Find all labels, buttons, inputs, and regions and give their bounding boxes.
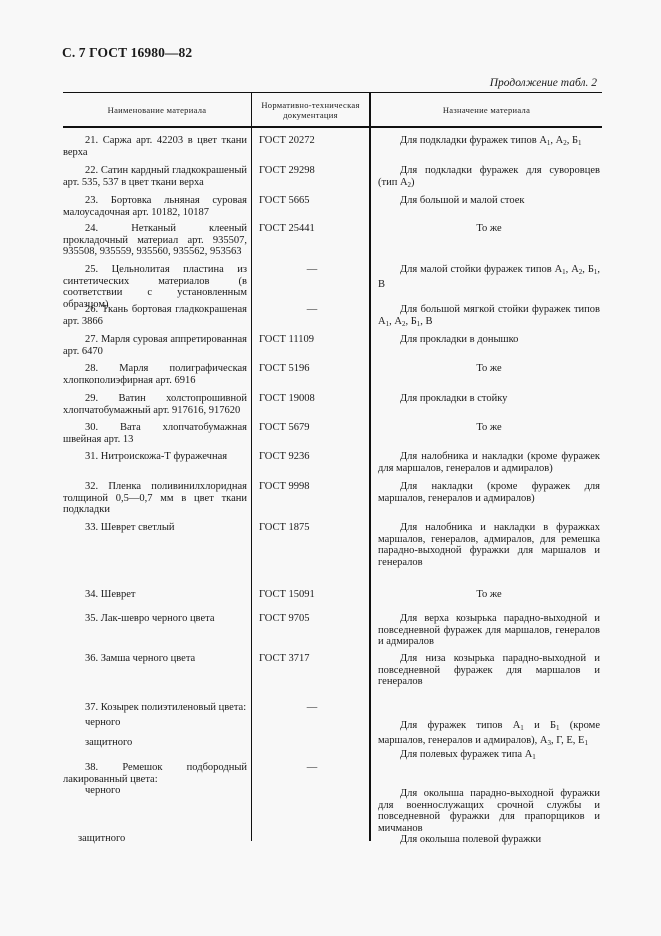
material-name: 29. Ватин холстопрошивной хлопчатобумажн…: [63, 386, 251, 415]
table-row: 30. Вата хлопчатобумажная швейная арт. 1…: [63, 415, 602, 444]
table-row: 24. Нетканый клееный прокладочный матери…: [63, 216, 602, 257]
material-name: 31. Нитроискожа-Т фуражечная: [63, 444, 251, 474]
normative-doc: ГОСТ 15091: [251, 582, 369, 606]
material-name: 22. Сатин кардный гладкокрашеный арт. 53…: [63, 158, 251, 188]
material-name: 25. Цельнолитая пластина из синтетически…: [63, 257, 251, 297]
table-body: 21. Саржа арт. 42203 в цвет ткани верха …: [63, 128, 602, 841]
table-row: 36. Замша черного цвета ГОСТ 3717 Для ни…: [63, 646, 602, 695]
normative-doc: —: [251, 257, 369, 297]
material-variant: черного: [63, 785, 247, 797]
material-purpose: Для околыша парадно-выходной фуражки для…: [369, 755, 602, 841]
material-name: 21. Саржа арт. 42203 в цвет ткани верха: [63, 128, 251, 158]
table-row: 25. Цельнолитая пластина из синтетически…: [63, 257, 602, 297]
table-row: 29. Ватин холстопрошивной хлопчатобумажн…: [63, 386, 602, 415]
material-purpose: Для накладки (кроме фуражек для маршалов…: [369, 474, 602, 515]
table-row: 34. Шеврет ГОСТ 15091 То же: [63, 582, 602, 606]
material-name: 23. Бортовка льняная суровая малоусадочн…: [63, 188, 251, 216]
table-row: 28. Марля полиграфическая хлопкополиэфир…: [63, 356, 602, 386]
material-name-label: 37. Козырек полиэтиленовый цвета:: [63, 702, 247, 714]
variant-purpose: Для околыша полевой фуражки: [378, 834, 600, 846]
material-purpose: То же: [369, 216, 602, 257]
normative-doc: ГОСТ 20272: [251, 128, 369, 158]
normative-doc: ГОСТ 25441: [251, 216, 369, 257]
material-name: 35. Лак-шевро черного цвета: [63, 606, 251, 646]
material-purpose: Для большой и малой стоек: [369, 188, 602, 216]
material-name: 34. Шеврет: [63, 582, 251, 606]
material-variant: защитного: [63, 833, 247, 845]
normative-doc: ГОСТ 3717: [251, 646, 369, 695]
material-purpose: Для прокладки в донышко: [369, 327, 602, 356]
normative-doc: ГОСТ 11109: [251, 327, 369, 356]
material-name: 30. Вата хлопчатобумажная швейная арт. 1…: [63, 415, 251, 444]
column-header-normative-doc: Нормативно-техническая документация: [251, 93, 369, 126]
normative-doc: ГОСТ 9236: [251, 444, 369, 474]
normative-doc: —: [251, 297, 369, 327]
material-name: 24. Нетканый клееный прокладочный матери…: [63, 216, 251, 257]
column-header-material-name: Наименование материала: [63, 93, 251, 126]
material-purpose: Для подкладки фуражек типов А1, А2, Б1: [369, 128, 602, 158]
material-name: 38. Ремешок подбородный лакированный цве…: [63, 755, 251, 841]
material-purpose: Для налобника и накладки (кроме фуражек …: [369, 444, 602, 474]
normative-doc: ГОСТ 5665: [251, 188, 369, 216]
table-row: 27. Марля суровая аппретированная арт. 6…: [63, 327, 602, 356]
variant-purpose: Для околыша парадно-выходной фуражки для…: [378, 788, 600, 834]
material-purpose: Для фуражек типов А1 и Б1 (кроме маршало…: [369, 695, 602, 755]
material-variant: защитного: [63, 737, 247, 749]
table-row: 35. Лак-шевро черного цвета ГОСТ 9705 Дл…: [63, 606, 602, 646]
column-header-purpose: Назначение материала: [369, 93, 602, 126]
normative-doc: ГОСТ 9998: [251, 474, 369, 515]
table-row: 23. Бортовка льняная суровая малоусадочн…: [63, 188, 602, 216]
table-row: 32. Пленка поливинилхлоридная толщиной 0…: [63, 474, 602, 515]
normative-doc: ГОСТ 5196: [251, 356, 369, 386]
normative-doc: —: [251, 755, 369, 841]
material-purpose: То же: [369, 356, 602, 386]
material-name: 27. Марля суровая аппретированная арт. 6…: [63, 327, 251, 356]
page-header: С. 7 ГОСТ 16980—82: [62, 45, 192, 61]
material-purpose: То же: [369, 415, 602, 444]
table-continuation-label: Продолжение табл. 2: [490, 77, 597, 89]
normative-doc: ГОСТ 5679: [251, 415, 369, 444]
material-purpose: Для подкладки фуражек для суворовцев (ти…: [369, 158, 602, 188]
normative-doc: ГОСТ 9705: [251, 606, 369, 646]
table-row: 31. Нитроискожа-Т фуражечная ГОСТ 9236 Д…: [63, 444, 602, 474]
material-purpose: Для прокладки в стойку: [369, 386, 602, 415]
material-purpose: Для большой мягкой стойки фуражек типов …: [369, 297, 602, 327]
material-purpose: То же: [369, 582, 602, 606]
variant-purpose: Для фуражек типов А1 и Б1 (кроме маршало…: [378, 720, 600, 749]
material-name: 33. Шеврет светлый: [63, 515, 251, 582]
normative-doc: ГОСТ 29298: [251, 158, 369, 188]
material-purpose: Для малой стойки фуражек типов А1, А2, Б…: [369, 257, 602, 297]
material-purpose: Для низа козырька парадно-выходной и пов…: [369, 646, 602, 695]
table-row: 26. Ткань бортовая гладкокрашеная арт. 3…: [63, 297, 602, 327]
normative-doc: —: [251, 695, 369, 755]
materials-table: Наименование материала Нормативно-технич…: [63, 92, 602, 841]
material-name: 28. Марля полиграфическая хлопкополиэфир…: [63, 356, 251, 386]
material-purpose: Для налобника и накладки в фуражках марш…: [369, 515, 602, 582]
material-name: 37. Козырек полиэтиленовый цвета: черног…: [63, 695, 251, 755]
table-row: 37. Козырек полиэтиленовый цвета: черног…: [63, 695, 602, 755]
material-name: 36. Замша черного цвета: [63, 646, 251, 695]
material-name: 26. Ткань бортовая гладкокрашеная арт. 3…: [63, 297, 251, 327]
table-row: 33. Шеврет светлый ГОСТ 1875 Для налобни…: [63, 515, 602, 582]
material-variant: черного: [63, 717, 247, 729]
table-row: 38. Ремешок подбородный лакированный цве…: [63, 755, 602, 841]
material-name-label: 38. Ремешок подбородный лакированный цве…: [63, 762, 247, 785]
table-header: Наименование материала Нормативно-технич…: [63, 93, 602, 128]
table-row: 22. Сатин кардный гладкокрашеный арт. 53…: [63, 158, 602, 188]
normative-doc: ГОСТ 1875: [251, 515, 369, 582]
material-name: 32. Пленка поливинилхлоридная толщиной 0…: [63, 474, 251, 515]
table-row: 21. Саржа арт. 42203 в цвет ткани верха …: [63, 128, 602, 158]
normative-doc: ГОСТ 19008: [251, 386, 369, 415]
material-purpose: Для верха козырька парадно-выходной и по…: [369, 606, 602, 646]
